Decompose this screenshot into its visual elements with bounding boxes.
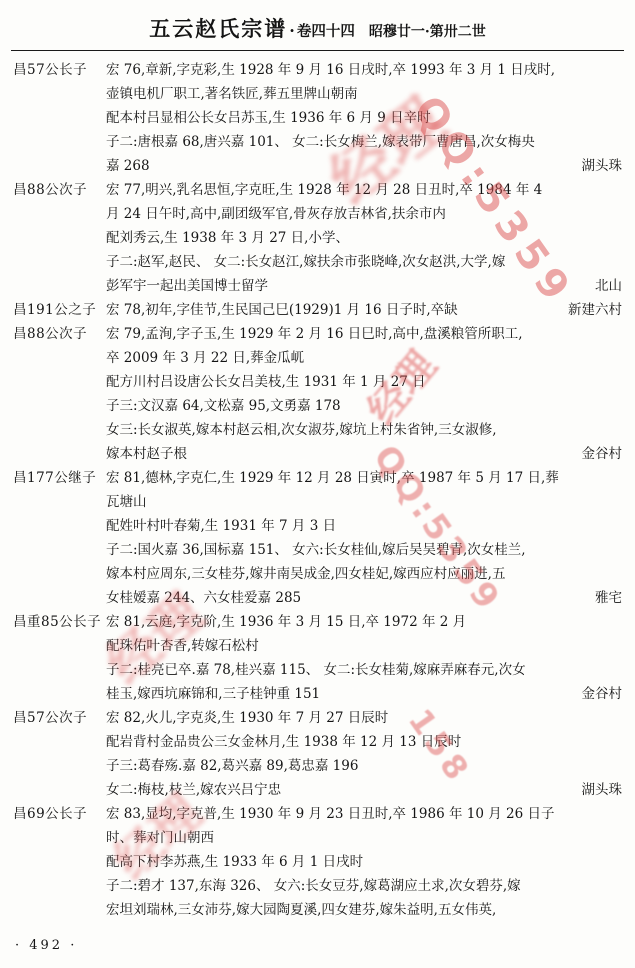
entry-line: 宏 83,显均,字克普,生 1930 年 9 月 23 日丑时,卒 1986 年… bbox=[106, 802, 622, 826]
entry-label: 昌88公次子 bbox=[13, 178, 106, 298]
entry-line: 配珠佑叶杏香,转嫁石松村 bbox=[106, 634, 622, 658]
entry-line: 时、葬对门山朝西 bbox=[106, 826, 622, 850]
entry-row: 昌88公次子宏 79,孟洵,字子玉,生 1929 年 2 月 16 日巳时,高中… bbox=[13, 322, 622, 466]
entry-body: 宏 81,云庭,字克阶,生 1936 年 3 月 15 日,卒 1972 年 2… bbox=[106, 610, 622, 706]
entry-row: 昌69公长子宏 83,显均,字克普,生 1930 年 9 月 23 日丑时,卒 … bbox=[13, 802, 622, 922]
entry-body: 宏 77,明兴,乳名思恒,字克旺,生 1928 年 12 月 28 日丑时,卒 … bbox=[106, 178, 622, 298]
entry-body: 宏 83,显均,字克普,生 1930 年 9 月 23 日丑时,卒 1986 年… bbox=[106, 802, 622, 922]
entry-line: 瓦塘山 bbox=[106, 490, 622, 514]
entry-row: 昌57公次子宏 82,火儿,字克炎,生 1930 年 7 月 27 日辰时配岩背… bbox=[13, 706, 622, 802]
entry-line: 配高下村李苏燕,生 1933 年 6 月 1 日戌时 bbox=[106, 850, 622, 874]
entry-label: 昌57公次子 bbox=[13, 706, 106, 802]
entry-line: 配岩背村金品贵公三女金林月,生 1938 年 12 月 13 日辰时 bbox=[106, 730, 622, 754]
entry-line: 子二:国火嘉 36,国标嘉 151、 女六:长女桂仙,嫁后吴吴碧青,次女桂兰, bbox=[106, 538, 622, 562]
entry-line: 壶镇电机厂职工,著名铁匠,葬五里牌山朝南 bbox=[106, 82, 622, 106]
entry-line: 宏 81,云庭,字克阶,生 1936 年 3 月 15 日,卒 1972 年 2… bbox=[106, 610, 622, 634]
entry-line: 配方川村吕设唐公长女吕美枝,生 1931 年 1 月 27 日 bbox=[106, 370, 622, 394]
section-label: 昭穆廿一·第卅二世 bbox=[369, 24, 486, 40]
entry-body: 宏 82,火儿,字克炎,生 1930 年 7 月 27 日辰时配岩背村金品贵公三… bbox=[106, 706, 622, 802]
title-separator: · bbox=[287, 21, 297, 40]
entry-body: 宏 81,德林,字克仁,生 1929 年 12 月 28 日寅时,卒 1987 … bbox=[106, 466, 622, 610]
place-name: 金谷村 bbox=[582, 442, 623, 466]
genealogy-page: 五云赵氏宗谱·卷四十四昭穆廿一·第卅二世 昌57公长子宏 76,章新,字克彩,生… bbox=[0, 0, 635, 968]
entry-row: 昌177公继子宏 81,德林,字克仁,生 1929 年 12 月 28 日寅时,… bbox=[13, 466, 622, 610]
entry-line: 子三:文汉嘉 64,文松嘉 95,文勇嘉 178 bbox=[106, 394, 622, 418]
entry-line: 女桂嫒嘉 244、六女桂爱嘉 285雅宅 bbox=[106, 586, 622, 610]
entry-line: 嫁本村应周东,三女桂芬,嫁井南吴成金,四女桂妃,嫁西应村应丽进,五 bbox=[106, 562, 622, 586]
place-name: 北山 bbox=[595, 274, 622, 298]
entry-label: 昌191公之子 bbox=[13, 298, 106, 322]
entry-line: 宏 79,孟洵,字子玉,生 1929 年 2 月 16 日巳时,高中,盘溪粮管所… bbox=[106, 322, 622, 346]
entry-label: 昌177公继子 bbox=[13, 466, 106, 610]
entry-row: 昌重85公长子宏 81,云庭,字克阶,生 1936 年 3 月 15 日,卒 1… bbox=[13, 610, 622, 706]
entry-line: 宏 81,德林,字克仁,生 1929 年 12 月 28 日寅时,卒 1987 … bbox=[106, 466, 622, 490]
entry-line: 月 24 日午时,高中,副团级军官,骨灰存放吉林省,扶余市内 bbox=[106, 202, 622, 226]
entry-label: 昌重85公长子 bbox=[13, 610, 106, 706]
entry-line: 女三:长女淑英,嫁本村赵云相,次女淑芬,嫁坑上村朱省钟,三女淑修, bbox=[106, 418, 622, 442]
entry-line: 宏 77,明兴,乳名思恒,字克旺,生 1928 年 12 月 28 日丑时,卒 … bbox=[106, 178, 622, 202]
entry-label: 昌69公长子 bbox=[13, 802, 106, 922]
entry-line: 宏坦刘瑞林,三女沛芬,嫁大园陶夏溪,四女建芬,嫁朱益明,五女伟英, bbox=[106, 898, 622, 922]
entry-line: 配本村吕显相公长女吕苏玉,生 1936 年 6 月 9 日辛时 bbox=[106, 106, 622, 130]
entry-line: 子二:碧才 137,东海 326、 女六:长女豆芬,嫁葛湖应土求,次女碧芬,嫁 bbox=[106, 874, 622, 898]
volume-label: 卷四十四 bbox=[297, 23, 355, 40]
entry-line: 宏 78,初年,字佳节,生民国己巳(1929)1 月 16 日子时,卒缺新建六村 bbox=[106, 298, 622, 322]
entry-body: 宏 78,初年,字佳节,生民国己巳(1929)1 月 16 日子时,卒缺新建六村 bbox=[106, 298, 622, 322]
entry-line: 宏 76,章新,字克彩,生 1928 年 9 月 16 日戌时,卒 1993 年… bbox=[106, 58, 622, 82]
entry-line: 女二:梅枝,枝兰,嫁农兴吕宁忠湖头珠 bbox=[106, 778, 622, 802]
place-name: 湖头珠 bbox=[582, 778, 623, 802]
entry-line: 子二:赵军,赵民、 女二:长女赵江,嫁扶余市张晓峰,次女赵洪,大学,嫁 bbox=[106, 250, 622, 274]
entry-row: 昌191公之子宏 78,初年,字佳节,生民国己巳(1929)1 月 16 日子时… bbox=[13, 298, 622, 322]
entry-label: 昌88公次子 bbox=[13, 322, 106, 466]
place-name: 湖头珠 bbox=[582, 154, 623, 178]
entry-line: 嘉 268湖头珠 bbox=[106, 154, 622, 178]
entry-line: 卒 2009 年 3 月 22 日,葬金瓜屼 bbox=[106, 346, 622, 370]
place-name: 新建六村 bbox=[568, 298, 622, 322]
page-header: 五云赵氏宗谱·卷四十四昭穆廿一·第卅二世 bbox=[0, 0, 635, 43]
entry-line: 配刘秀云,生 1938 年 3 月 27 日,小学、 bbox=[106, 226, 622, 250]
entry-row: 昌57公长子宏 76,章新,字克彩,生 1928 年 9 月 16 日戌时,卒 … bbox=[13, 58, 622, 178]
place-name: 雅宅 bbox=[595, 586, 622, 610]
entry-line: 子二:唐根嘉 68,唐兴嘉 101、 女二:长女梅兰,嫁表带厂曹唐昌,次女梅央 bbox=[106, 130, 622, 154]
book-title: 五云赵氏宗谱 bbox=[149, 16, 287, 41]
entry-label: 昌57公长子 bbox=[13, 58, 106, 178]
page-number: · 492 · bbox=[15, 938, 77, 953]
entry-row: 昌88公次子宏 77,明兴,乳名思恒,字克旺,生 1928 年 12 月 28 … bbox=[13, 178, 622, 298]
entry-line: 子二:桂亮已卒.嘉 78,桂兴嘉 115、 女二:长女桂菊,嫁麻弄麻春元,次女 bbox=[106, 658, 622, 682]
entry-line: 配姓叶村叶春菊,生 1931 年 7 月 3 日 bbox=[106, 514, 622, 538]
entry-line: 嫁本村赵子根金谷村 bbox=[106, 442, 622, 466]
entry-line: 子三:葛春殇.嘉 82,葛兴嘉 89,葛忠嘉 196 bbox=[106, 754, 622, 778]
entry-body: 宏 79,孟洵,字子玉,生 1929 年 2 月 16 日巳时,高中,盘溪粮管所… bbox=[106, 322, 622, 466]
entry-line: 桂玉,嫁西坑麻锦和,三子桂钟重 151金谷村 bbox=[106, 682, 622, 706]
place-name: 金谷村 bbox=[582, 682, 623, 706]
entry-line: 彭军宇一起出美国博士留学北山 bbox=[106, 274, 622, 298]
entries: 昌57公长子宏 76,章新,字克彩,生 1928 年 9 月 16 日戌时,卒 … bbox=[0, 51, 635, 922]
entry-body: 宏 76,章新,字克彩,生 1928 年 9 月 16 日戌时,卒 1993 年… bbox=[106, 58, 622, 178]
entry-line: 宏 82,火儿,字克炎,生 1930 年 7 月 27 日辰时 bbox=[106, 706, 622, 730]
